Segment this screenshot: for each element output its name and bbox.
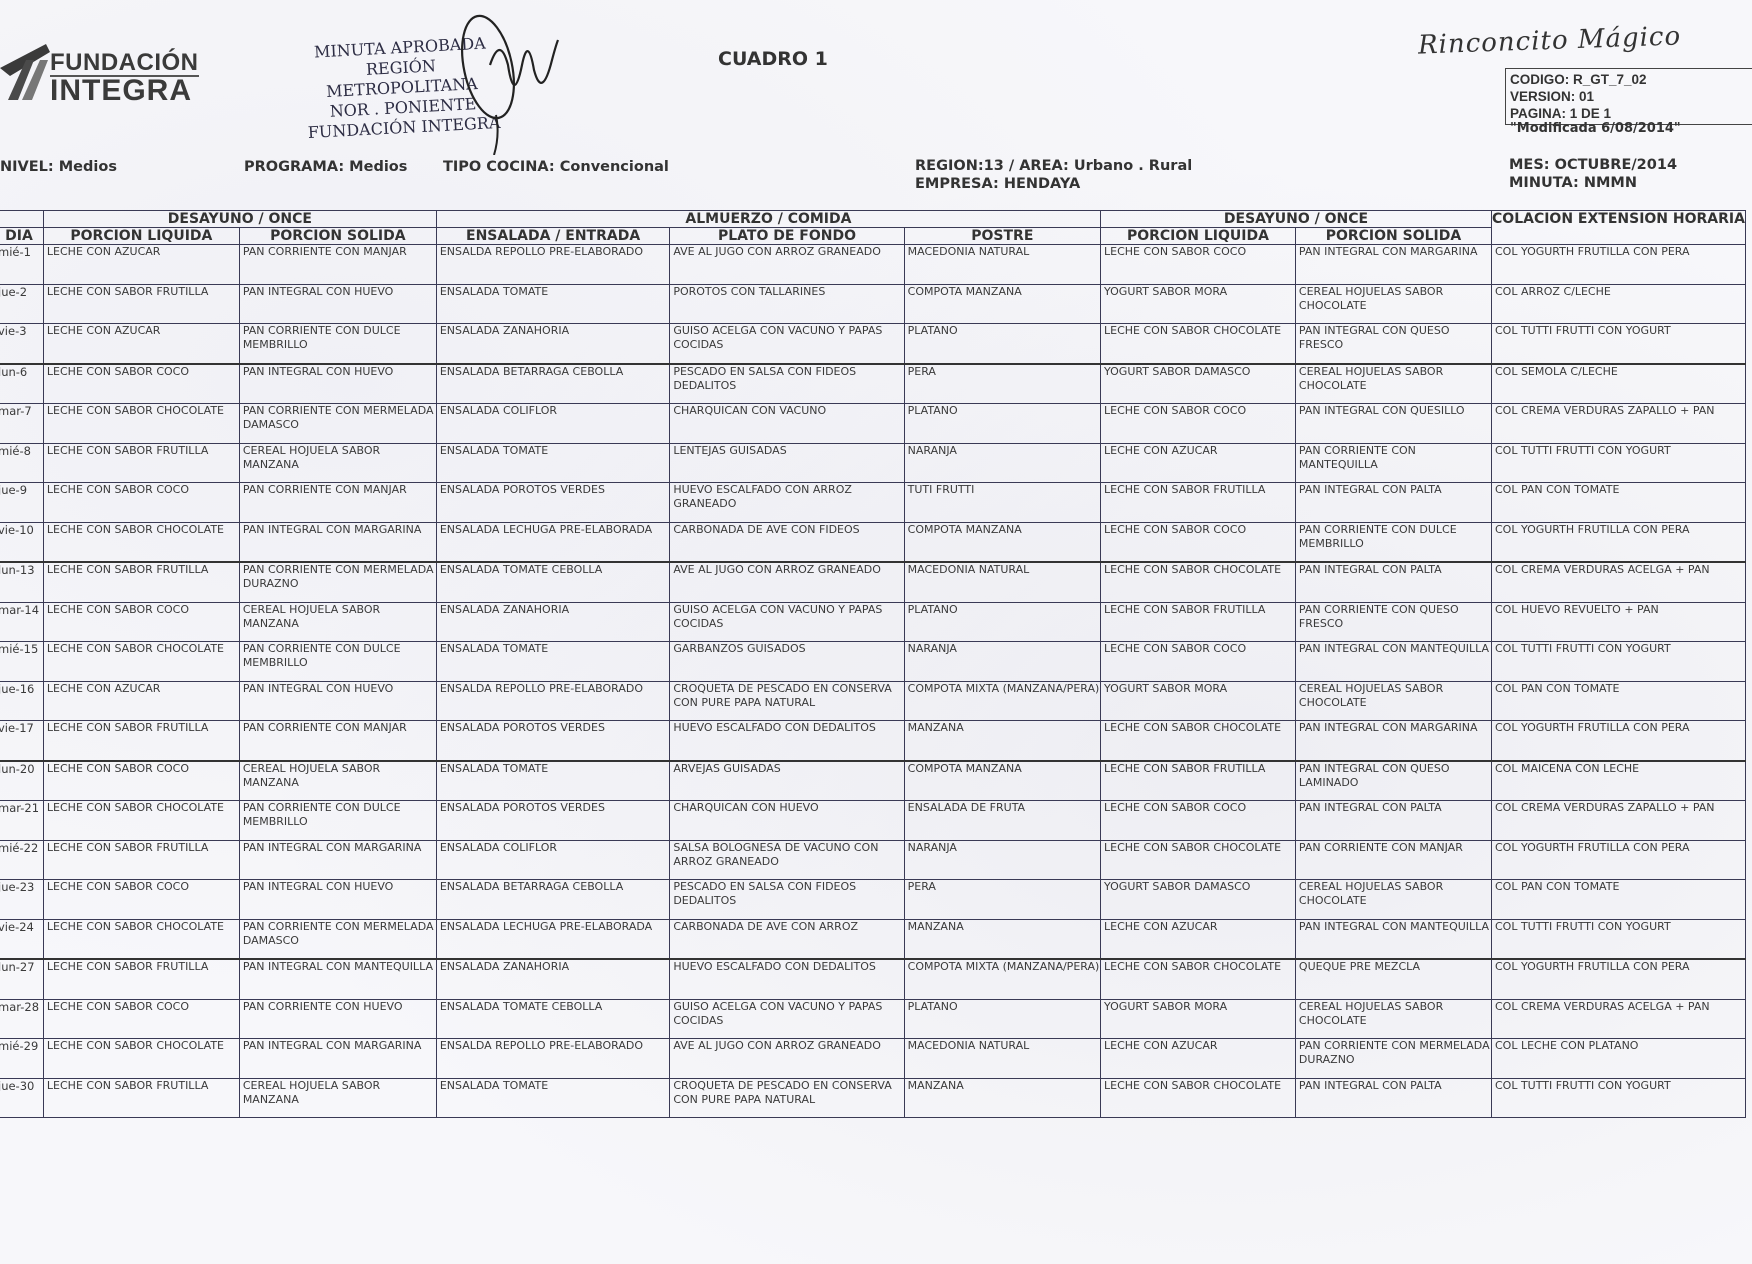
day-cell: mié-15 <box>0 642 43 682</box>
porcion-solida-cell: PAN CORRIENTE CON DULCE MEMBRILLO <box>239 324 436 364</box>
colacion-cell: COL YOGURTH FRUTILLA CON PERA <box>1491 522 1745 562</box>
colacion-cell: COL MAICENA CON LECHE <box>1491 761 1745 801</box>
day-cell: jue-30 <box>0 1078 43 1118</box>
modified-date: "Modificada 6/08/2014" <box>1510 121 1681 136</box>
table-row: lun-6LECHE CON SABOR COCOPAN INTEGRAL CO… <box>0 364 1746 404</box>
postre-cell: MANZANA <box>904 721 1100 761</box>
porcion-solida-cell: PAN INTEGRAL CON HUEVO <box>239 681 436 721</box>
porcion-solida-cell: CEREAL HOJUELA SABOR MANZANA <box>239 1078 436 1118</box>
ensalada-cell: ENSALADA TOMATE <box>436 443 669 483</box>
postre-cell: COMPOTA MANZANA <box>904 284 1100 324</box>
porcion-solida-2-cell: CEREAL HOJUELAS SABOR CHOCOLATE <box>1295 681 1491 721</box>
plato-fondo-cell: ARVEJAS GUISADAS <box>670 761 904 801</box>
table-row: mar-7LECHE CON SABOR CHOCOLATEPAN CORRIE… <box>0 404 1746 444</box>
postre-cell: PLATANO <box>904 999 1100 1039</box>
porcion-liquida-2-cell: LECHE CON SABOR CHOCOLATE <box>1101 721 1296 761</box>
group-almuerzo: ALMUERZO / COMIDA <box>436 211 1100 228</box>
porcion-liquida-cell: LECHE CON SABOR COCO <box>43 999 239 1039</box>
colacion-cell: COL PAN CON TOMATE <box>1491 681 1745 721</box>
day-cell: vie-24 <box>0 919 43 959</box>
postre-cell: ENSALADA DE FRUTA <box>904 801 1100 841</box>
day-cell: mié-22 <box>0 840 43 880</box>
porcion-solida-2-cell: PAN INTEGRAL CON PALTA <box>1295 562 1491 602</box>
region-empresa: REGION:13 / AREA: Urbano . Rural EMPRESA… <box>915 157 1192 193</box>
day-cell: jue-16 <box>0 681 43 721</box>
codigo: CODIGO: R_GT_7_02 <box>1510 71 1752 88</box>
porcion-solida-2-cell: PAN INTEGRAL CON PALTA <box>1295 801 1491 841</box>
postre-cell: NARANJA <box>904 840 1100 880</box>
porcion-liquida-cell: LECHE CON AZUCAR <box>43 681 239 721</box>
day-label: lun-27 <box>0 960 35 974</box>
day-cell: lun-20 <box>0 761 43 801</box>
ensalada-cell: ENSALADA TOMATE <box>436 761 669 801</box>
porcion-liquida-2-cell: LECHE CON SABOR COCO <box>1101 404 1296 444</box>
porcion-solida-cell: PAN CORRIENTE CON MANJAR <box>239 721 436 761</box>
col-header-ensalada: ENSALADA / ENTRADA <box>436 228 669 245</box>
porcion-liquida-2-cell: LECHE CON AZUCAR <box>1101 1039 1296 1079</box>
day-label: mié-29 <box>0 1039 38 1053</box>
porcion-liquida-cell: LECHE CON SABOR FRUTILLA <box>43 443 239 483</box>
ensalada-cell: ENSALADA LECHUGA PRE-ELABORADA <box>436 522 669 562</box>
porcion-liquida-cell: LECHE CON SABOR FRUTILLA <box>43 721 239 761</box>
porcion-solida-2-cell: PAN INTEGRAL CON MANTEQUILLA <box>1295 642 1491 682</box>
table-row: jue-30LECHE CON SABOR FRUTILLACEREAL HOJ… <box>0 1078 1746 1118</box>
porcion-liquida-cell: LECHE CON AZUCAR <box>43 245 239 285</box>
colacion-cell: COL CREMA VERDURAS ACELGA + PAN <box>1491 562 1745 602</box>
table-row: jue-23LECHE CON SABOR COCOPAN INTEGRAL C… <box>0 880 1746 920</box>
col-header-porcion-solida: PORCION SOLIDA <box>239 228 436 245</box>
plato-fondo-cell: AVE AL JUGO CON ARROZ GRANEADO <box>670 562 904 602</box>
menu-table-body: mié-1LECHE CON AZUCARPAN CORRIENTE CON M… <box>0 245 1746 1118</box>
porcion-liquida-2-cell: LECHE CON SABOR COCO <box>1101 642 1296 682</box>
table-row: vie-10LECHE CON SABOR CHOCOLATEPAN INTEG… <box>0 522 1746 562</box>
postre-cell: MACEDONIA NATURAL <box>904 562 1100 602</box>
porcion-liquida-2-cell: LECHE CON SABOR CHOCOLATE <box>1101 840 1296 880</box>
ensalada-cell: ENSALDA REPOLLO PRE-ELABORADO <box>436 1039 669 1079</box>
porcion-liquida-2-cell: LECHE CON SABOR COCO <box>1101 245 1296 285</box>
day-label: vie-24 <box>0 920 34 934</box>
porcion-solida-2-cell: CEREAL HOJUELAS SABOR CHOCOLATE <box>1295 284 1491 324</box>
day-cell: lun-13 <box>0 562 43 602</box>
day-cell: vie-10 <box>0 522 43 562</box>
table-row: vie-24LECHE CON SABOR CHOCOLATEPAN CORRI… <box>0 919 1746 959</box>
programa: PROGRAMA: Medios <box>244 158 407 176</box>
porcion-solida-2-cell: PAN CORRIENTE CON QUESO FRESCO <box>1295 602 1491 642</box>
day-cell: mié-1 <box>0 245 43 285</box>
plato-fondo-cell: GUISO ACELGA CON VACUNO Y PAPAS COCIDAS <box>670 324 904 364</box>
porcion-liquida-cell: LECHE CON SABOR FRUTILLA <box>43 959 239 999</box>
porcion-solida-cell: PAN INTEGRAL CON MARGARINA <box>239 1039 436 1079</box>
ensalada-cell: ENSALADA ZANAHORIA <box>436 324 669 364</box>
menu-table: DESAYUNO / ONCE ALMUERZO / COMIDA DESAYU… <box>0 210 1746 1118</box>
colacion-cell: COL CREMA VERDURAS ZAPALLO + PAN <box>1491 404 1745 444</box>
porcion-solida-2-cell: CEREAL HOJUELAS SABOR CHOCOLATE <box>1295 999 1491 1039</box>
table-row: jue-16LECHE CON AZUCARPAN INTEGRAL CON H… <box>0 681 1746 721</box>
porcion-solida-cell: PAN INTEGRAL CON HUEVO <box>239 880 436 920</box>
postre-cell: COMPOTA MIXTA (MANZANA/PERA) <box>904 681 1100 721</box>
day-label: lun-13 <box>0 563 35 577</box>
porcion-solida-2-cell: QUEQUE PRE MEZCLA <box>1295 959 1491 999</box>
table-row: mié-22LECHE CON SABOR FRUTILLAPAN INTEGR… <box>0 840 1746 880</box>
porcion-liquida-2-cell: YOGURT SABOR MORA <box>1101 284 1296 324</box>
porcion-liquida-2-cell: LECHE CON SABOR CHOCOLATE <box>1101 562 1296 602</box>
porcion-liquida-2-cell: LECHE CON SABOR COCO <box>1101 522 1296 562</box>
table-row: jue-2LECHE CON SABOR FRUTILLAPAN INTEGRA… <box>0 284 1746 324</box>
porcion-liquida-2-cell: YOGURT SABOR DAMASCO <box>1101 364 1296 404</box>
porcion-liquida-cell: LECHE CON SABOR COCO <box>43 761 239 801</box>
mes-minuta: MES: OCTUBRE/2014 MINUTA: NMMN <box>1509 156 1677 192</box>
porcion-liquida-cell: LECHE CON SABOR CHOCOLATE <box>43 1039 239 1079</box>
porcion-solida-2-cell: CEREAL HOJUELAS SABOR CHOCOLATE <box>1295 364 1491 404</box>
porcion-solida-cell: PAN CORRIENTE CON HUEVO <box>239 999 436 1039</box>
nivel: NIVEL: Medios <box>0 158 117 176</box>
colacion-cell: COL TUTTI FRUTTI CON YOGURT <box>1491 324 1745 364</box>
day-label: lun-20 <box>0 762 35 776</box>
colacion-cell: COL SEMOLA C/LECHE <box>1491 364 1745 404</box>
plato-fondo-cell: AVE AL JUGO CON ARROZ GRANEADO <box>670 1039 904 1079</box>
day-label: mar-14 <box>0 603 39 617</box>
plato-fondo-cell: AVE AL JUGO CON ARROZ GRANEADO <box>670 245 904 285</box>
day-label: jue-9 <box>0 483 27 497</box>
table-row: lun-27LECHE CON SABOR FRUTILLAPAN INTEGR… <box>0 959 1746 999</box>
porcion-liquida-cell: LECHE CON SABOR CHOCOLATE <box>43 522 239 562</box>
porcion-liquida-2-cell: LECHE CON SABOR FRUTILLA <box>1101 761 1296 801</box>
day-cell: mar-21 <box>0 801 43 841</box>
document-title: CUADRO 1 <box>718 48 828 70</box>
porcion-liquida-cell: LECHE CON SABOR FRUTILLA <box>43 562 239 602</box>
day-label: jue-23 <box>0 880 34 894</box>
porcion-liquida-2-cell: LECHE CON SABOR CHOCOLATE <box>1101 959 1296 999</box>
porcion-solida-cell: PAN CORRIENTE CON MANJAR <box>239 245 436 285</box>
porcion-liquida-cell: LECHE CON SABOR CHOCOLATE <box>43 642 239 682</box>
table-row: lun-20LECHE CON SABOR COCOCEREAL HOJUELA… <box>0 761 1746 801</box>
mes: MES: OCTUBRE/2014 <box>1509 156 1677 174</box>
table-row: vie-17LECHE CON SABOR FRUTILLAPAN CORRIE… <box>0 721 1746 761</box>
handwritten-note: Rinconcito Mágico <box>1418 21 1682 60</box>
porcion-solida-cell: PAN INTEGRAL CON MARGARINA <box>239 840 436 880</box>
version: VERSION: 01 <box>1510 88 1752 105</box>
table-row: lun-13LECHE CON SABOR FRUTILLAPAN CORRIE… <box>0 562 1746 602</box>
tipo-cocina: TIPO COCINA: Convencional <box>443 158 669 176</box>
colacion-cell: COL CREMA VERDURAS ZAPALLO + PAN <box>1491 801 1745 841</box>
plato-fondo-cell: CHARQUICAN CON VACUNO <box>670 404 904 444</box>
ensalada-cell: ENSALADA ZANAHORIA <box>436 959 669 999</box>
region: REGION:13 / AREA: Urbano . Rural <box>915 157 1192 175</box>
day-label: mar-7 <box>0 404 32 418</box>
day-label: vie-10 <box>0 523 34 537</box>
porcion-liquida-2-cell: YOGURT SABOR MORA <box>1101 681 1296 721</box>
porcion-solida-cell: PAN CORRIENTE CON DULCE MEMBRILLO <box>239 642 436 682</box>
colacion-cell: COL PAN CON TOMATE <box>1491 483 1745 523</box>
colacion-cell: COL TUTTI FRUTTI CON YOGURT <box>1491 1078 1745 1118</box>
colacion-cell: COL YOGURTH FRUTILLA CON PERA <box>1491 840 1745 880</box>
signature-icon <box>430 5 580 155</box>
plato-fondo-cell: HUEVO ESCALFADO CON DEDALITOS <box>670 721 904 761</box>
plato-fondo-cell: GUISO ACELGA CON VACUNO Y PAPAS COCIDAS <box>670 999 904 1039</box>
porcion-liquida-2-cell: LECHE CON SABOR CHOCOLATE <box>1101 324 1296 364</box>
porcion-liquida-2-cell: YOGURT SABOR DAMASCO <box>1101 880 1296 920</box>
colacion-cell: COL PAN CON TOMATE <box>1491 880 1745 920</box>
plato-fondo-cell: POROTOS CON TALLARINES <box>670 284 904 324</box>
col-header-plato-fondo: PLATO DE FONDO <box>670 228 904 245</box>
plato-fondo-cell: GUISO ACELGA CON VACUNO Y PAPAS COCIDAS <box>670 602 904 642</box>
document-code-box: CODIGO: R_GT_7_02 VERSION: 01 PAGINA: 1 … <box>1505 68 1752 125</box>
colacion-cell: COL LECHE CON PLATANO <box>1491 1039 1745 1079</box>
colacion-cell: COL CREMA VERDURAS ACELGA + PAN <box>1491 999 1745 1039</box>
porcion-solida-2-cell: CEREAL HOJUELAS SABOR CHOCOLATE <box>1295 880 1491 920</box>
plato-fondo-cell: LENTEJAS GUISADAS <box>670 443 904 483</box>
day-cell: vie-3 <box>0 324 43 364</box>
ensalada-cell: ENSALADA TOMATE <box>436 642 669 682</box>
porcion-solida-cell: PAN CORRIENTE CON MERMELADA DURAZNO <box>239 562 436 602</box>
ensalada-cell: ENSALADA POROTOS VERDES <box>436 483 669 523</box>
table-row: jue-9LECHE CON SABOR COCOPAN CORRIENTE C… <box>0 483 1746 523</box>
ensalada-cell: ENSALADA COLIFLOR <box>436 840 669 880</box>
porcion-liquida-2-cell: LECHE CON AZUCAR <box>1101 919 1296 959</box>
porcion-liquida-2-cell: LECHE CON SABOR FRUTILLA <box>1101 602 1296 642</box>
day-cell: lun-6 <box>0 364 43 404</box>
logo-line-2: INTEGRA <box>50 77 199 106</box>
plato-fondo-cell: SALSA BOLOGNESA DE VACUNO CON ARROZ GRAN… <box>670 840 904 880</box>
corner-cell <box>0 211 43 228</box>
postre-cell: PERA <box>904 364 1100 404</box>
porcion-liquida-2-cell: LECHE CON SABOR CHOCOLATE <box>1101 1078 1296 1118</box>
porcion-solida-2-cell: PAN CORRIENTE CON MERMELADA DURAZNO <box>1295 1039 1491 1079</box>
porcion-solida-2-cell: PAN INTEGRAL CON MARGARINA <box>1295 245 1491 285</box>
colacion-cell: COL TUTTI FRUTTI CON YOGURT <box>1491 443 1745 483</box>
postre-cell: MACEDONIA NATURAL <box>904 245 1100 285</box>
porcion-liquida-2-cell: YOGURT SABOR MORA <box>1101 999 1296 1039</box>
porcion-solida-cell: CEREAL HOJUELA SABOR MANZANA <box>239 761 436 801</box>
porcion-liquida-2-cell: LECHE CON SABOR COCO <box>1101 801 1296 841</box>
postre-cell: MANZANA <box>904 919 1100 959</box>
group-colacion: COLACION EXTENSION HORARIA <box>1491 211 1745 245</box>
ensalada-cell: ENSALADA TOMATE CEBOLLA <box>436 999 669 1039</box>
ensalada-cell: ENSALADA TOMATE CEBOLLA <box>436 562 669 602</box>
table-row: mar-28LECHE CON SABOR COCOPAN CORRIENTE … <box>0 999 1746 1039</box>
porcion-liquida-cell: LECHE CON SABOR COCO <box>43 364 239 404</box>
day-cell: jue-2 <box>0 284 43 324</box>
postre-cell: NARANJA <box>904 642 1100 682</box>
porcion-solida-cell: CEREAL HOJUELA SABOR MANZANA <box>239 602 436 642</box>
empresa: EMPRESA: HENDAYA <box>915 175 1192 193</box>
porcion-solida-cell: PAN CORRIENTE CON MERMELADA DAMASCO <box>239 404 436 444</box>
ensalada-cell: ENSALADA LECHUGA PRE-ELABORADA <box>436 919 669 959</box>
porcion-solida-2-cell: PAN CORRIENTE CON MANJAR <box>1295 840 1491 880</box>
plato-fondo-cell: PESCADO EN SALSA CON FIDEOS DEDALITOS <box>670 880 904 920</box>
ensalada-cell: ENSALADA POROTOS VERDES <box>436 721 669 761</box>
table-row: mié-29LECHE CON SABOR CHOCOLATEPAN INTEG… <box>0 1039 1746 1079</box>
porcion-solida-cell: PAN CORRIENTE CON MANJAR <box>239 483 436 523</box>
porcion-liquida-cell: LECHE CON SABOR COCO <box>43 483 239 523</box>
plato-fondo-cell: CROQUETA DE PESCADO EN CONSERVA CON PURE… <box>670 1078 904 1118</box>
day-cell: mar-28 <box>0 999 43 1039</box>
porcion-solida-2-cell: PAN INTEGRAL CON QUESILLO <box>1295 404 1491 444</box>
day-label: mié-22 <box>0 841 38 855</box>
porcion-liquida-cell: LECHE CON SABOR COCO <box>43 602 239 642</box>
col-header-porcion-liquida: PORCION LIQUIDA <box>43 228 239 245</box>
day-label: vie-3 <box>0 324 27 338</box>
porcion-liquida-cell: LECHE CON SABOR CHOCOLATE <box>43 404 239 444</box>
pagina: PAGINA: 1 DE 1 <box>1510 105 1752 122</box>
postre-cell: PLATANO <box>904 602 1100 642</box>
plato-fondo-cell: CROQUETA DE PESCADO EN CONSERVA CON PURE… <box>670 681 904 721</box>
day-label: mar-28 <box>0 1000 39 1014</box>
porcion-liquida-2-cell: LECHE CON AZUCAR <box>1101 443 1296 483</box>
colacion-cell: COL YOGURTH FRUTILLA CON PERA <box>1491 245 1745 285</box>
day-label: mié-1 <box>0 245 31 259</box>
col-header-porcion-solida-2: PORCION SOLIDA <box>1295 228 1491 245</box>
porcion-solida-cell: PAN INTEGRAL CON HUEVO <box>239 284 436 324</box>
colacion-cell: COL HUEVO REVUELTO + PAN <box>1491 602 1745 642</box>
col-header-porcion-liquida-2: PORCION LIQUIDA <box>1101 228 1296 245</box>
porcion-solida-2-cell: PAN CORRIENTE CON MANTEQUILLA <box>1295 443 1491 483</box>
plato-fondo-cell: GARBANZOS GUISADOS <box>670 642 904 682</box>
day-label: mar-21 <box>0 801 39 815</box>
plato-fondo-cell: HUEVO ESCALFADO CON ARROZ GRANEADO <box>670 483 904 523</box>
porcion-solida-2-cell: PAN INTEGRAL CON QUESO FRESCO <box>1295 324 1491 364</box>
porcion-solida-cell: PAN INTEGRAL CON MANTEQUILLA <box>239 959 436 999</box>
plato-fondo-cell: CARBONADA DE AVE CON ARROZ <box>670 919 904 959</box>
plato-fondo-cell: CHARQUICAN CON HUEVO <box>670 801 904 841</box>
colacion-cell: COL TUTTI FRUTTI CON YOGURT <box>1491 642 1745 682</box>
porcion-solida-2-cell: PAN INTEGRAL CON PALTA <box>1295 1078 1491 1118</box>
table-row: mié-8LECHE CON SABOR FRUTILLACEREAL HOJU… <box>0 443 1746 483</box>
postre-cell: PLATANO <box>904 324 1100 364</box>
day-cell: vie-17 <box>0 721 43 761</box>
colacion-cell: COL YOGURTH FRUTILLA CON PERA <box>1491 959 1745 999</box>
day-label: lun-6 <box>0 365 27 379</box>
minuta: MINUTA: NMMN <box>1509 174 1677 192</box>
group-desayuno-1: DESAYUNO / ONCE <box>43 211 436 228</box>
ensalada-cell: ENSALDA REPOLLO PRE-ELABORADO <box>436 681 669 721</box>
porcion-liquida-cell: LECHE CON SABOR CHOCOLATE <box>43 919 239 959</box>
day-cell: jue-23 <box>0 880 43 920</box>
colacion-cell: COL ARROZ C/LECHE <box>1491 284 1745 324</box>
group-desayuno-2: DESAYUNO / ONCE <box>1101 211 1492 228</box>
day-label: jue-16 <box>0 682 34 696</box>
ensalada-cell: ENSALADA POROTOS VERDES <box>436 801 669 841</box>
postre-cell: COMPOTA MANZANA <box>904 522 1100 562</box>
porcion-solida-cell: PAN CORRIENTE CON DULCE MEMBRILLO <box>239 801 436 841</box>
col-header-dia: DIA <box>0 228 43 245</box>
table-row: mié-15LECHE CON SABOR CHOCOLATEPAN CORRI… <box>0 642 1746 682</box>
postre-cell: COMPOTA MIXTA (MANZANA/PERA) <box>904 959 1100 999</box>
ensalada-cell: ENSALADA ZANAHORIA <box>436 602 669 642</box>
porcion-solida-2-cell: PAN INTEGRAL CON QUESO LAMINADO <box>1295 761 1491 801</box>
porcion-liquida-cell: LECHE CON SABOR FRUTILLA <box>43 284 239 324</box>
col-header-postre: POSTRE <box>904 228 1100 245</box>
day-cell: mié-29 <box>0 1039 43 1079</box>
ensalada-cell: ENSALADA BETARRAGA CEBOLLA <box>436 880 669 920</box>
day-label: mié-15 <box>0 642 38 656</box>
ensalada-cell: ENSALADA TOMATE <box>436 1078 669 1118</box>
plato-fondo-cell: CARBONADA DE AVE CON FIDEOS <box>670 522 904 562</box>
porcion-liquida-2-cell: LECHE CON SABOR FRUTILLA <box>1101 483 1296 523</box>
logo-wordmark: FUNDACIÓN INTEGRA <box>50 52 199 105</box>
porcion-liquida-cell: LECHE CON SABOR FRUTILLA <box>43 840 239 880</box>
day-cell: mar-14 <box>0 602 43 642</box>
postre-cell: NARANJA <box>904 443 1100 483</box>
postre-cell: MANZANA <box>904 1078 1100 1118</box>
postre-cell: COMPOTA MANZANA <box>904 761 1100 801</box>
ensalada-cell: ENSALADA COLIFLOR <box>436 404 669 444</box>
porcion-solida-2-cell: PAN CORRIENTE CON DULCE MEMBRILLO <box>1295 522 1491 562</box>
postre-cell: PERA <box>904 880 1100 920</box>
porcion-solida-cell: PAN INTEGRAL CON MARGARINA <box>239 522 436 562</box>
day-cell: jue-9 <box>0 483 43 523</box>
colacion-cell: COL YOGURTH FRUTILLA CON PERA <box>1491 721 1745 761</box>
postre-cell: PLATANO <box>904 404 1100 444</box>
day-cell: lun-27 <box>0 959 43 999</box>
porcion-solida-2-cell: PAN INTEGRAL CON PALTA <box>1295 483 1491 523</box>
day-label: jue-30 <box>0 1079 34 1093</box>
table-row: mié-1LECHE CON AZUCARPAN CORRIENTE CON M… <box>0 245 1746 285</box>
day-label: jue-2 <box>0 285 27 299</box>
ensalada-cell: ENSALADA TOMATE <box>436 284 669 324</box>
porcion-liquida-cell: LECHE CON AZUCAR <box>43 324 239 364</box>
table-row: vie-3LECHE CON AZUCARPAN CORRIENTE CON D… <box>0 324 1746 364</box>
day-cell: mar-7 <box>0 404 43 444</box>
porcion-solida-cell: PAN INTEGRAL CON HUEVO <box>239 364 436 404</box>
table-row: mar-21LECHE CON SABOR CHOCOLATEPAN CORRI… <box>0 801 1746 841</box>
porcion-liquida-cell: LECHE CON SABOR FRUTILLA <box>43 1078 239 1118</box>
ensalada-cell: ENSALDA REPOLLO PRE-ELABORADO <box>436 245 669 285</box>
table-row: mar-14LECHE CON SABOR COCOCEREAL HOJUELA… <box>0 602 1746 642</box>
day-label: vie-17 <box>0 721 34 735</box>
plato-fondo-cell: HUEVO ESCALFADO CON DEDALITOS <box>670 959 904 999</box>
ensalada-cell: ENSALADA BETARRAGA CEBOLLA <box>436 364 669 404</box>
porcion-solida-cell: CEREAL HOJUELA SABOR MANZANA <box>239 443 436 483</box>
porcion-solida-2-cell: PAN INTEGRAL CON MARGARINA <box>1295 721 1491 761</box>
plato-fondo-cell: PESCADO EN SALSA CON FIDEOS DEDALITOS <box>670 364 904 404</box>
postre-cell: TUTI FRUTTI <box>904 483 1100 523</box>
porcion-liquida-cell: LECHE CON SABOR CHOCOLATE <box>43 801 239 841</box>
porcion-solida-cell: PAN CORRIENTE CON MERMELADA DAMASCO <box>239 919 436 959</box>
day-cell: mié-8 <box>0 443 43 483</box>
porcion-liquida-cell: LECHE CON SABOR COCO <box>43 880 239 920</box>
colacion-cell: COL TUTTI FRUTTI CON YOGURT <box>1491 919 1745 959</box>
porcion-solida-2-cell: PAN INTEGRAL CON MANTEQUILLA <box>1295 919 1491 959</box>
postre-cell: MACEDONIA NATURAL <box>904 1039 1100 1079</box>
day-label: mié-8 <box>0 444 31 458</box>
